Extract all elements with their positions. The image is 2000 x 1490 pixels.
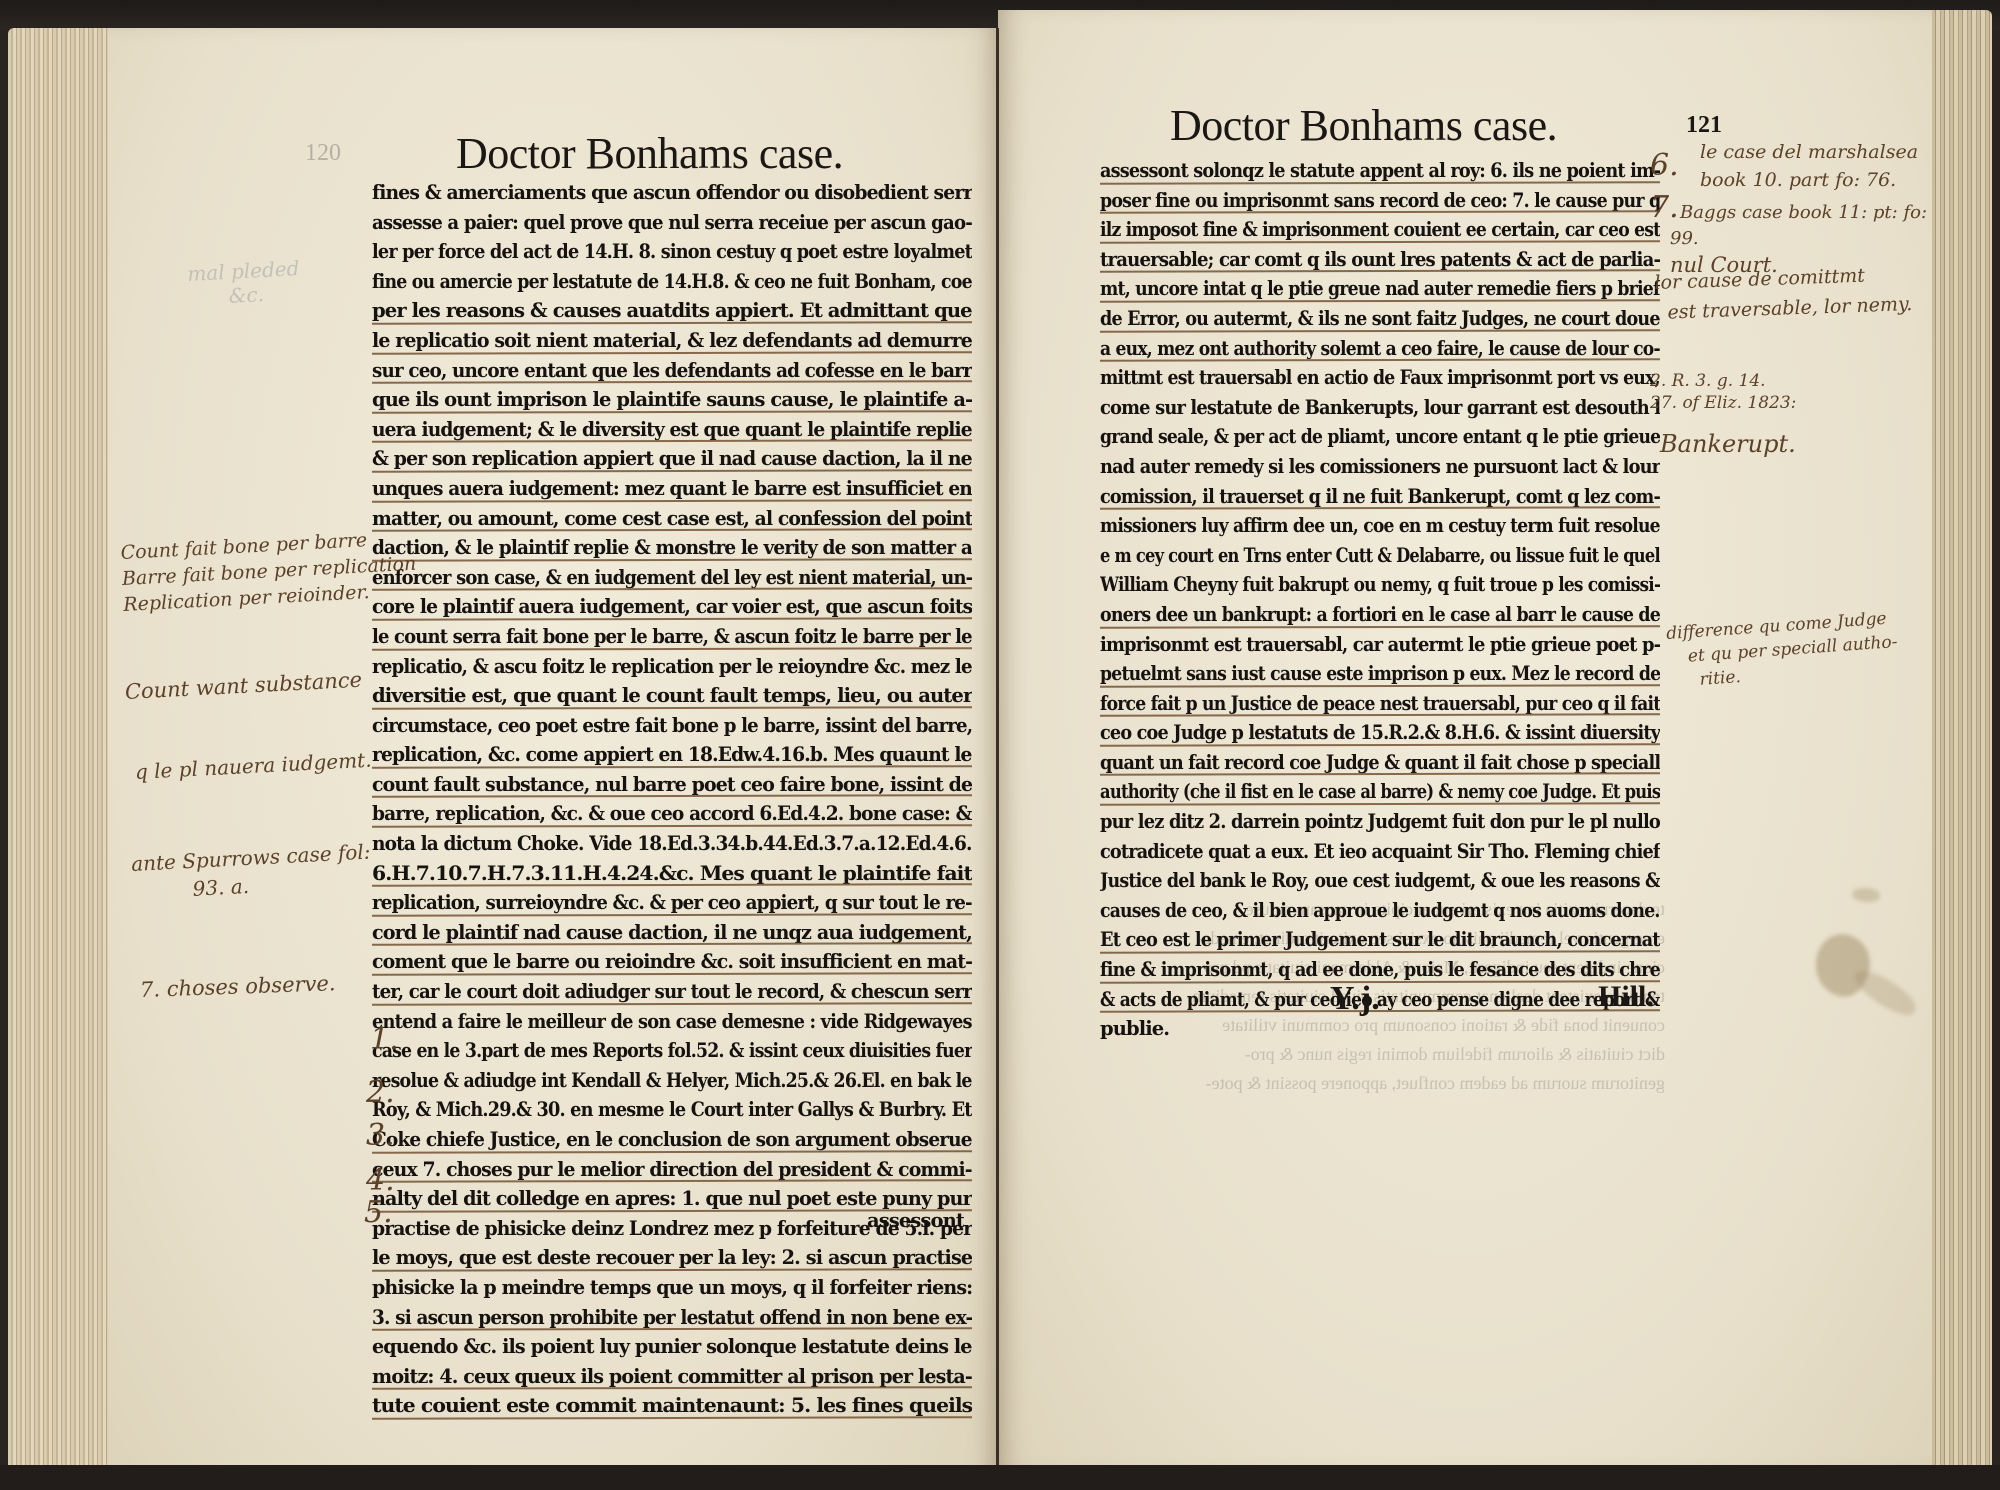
- text-line: & acts de pliamt, & pur ceo ieo ay ceo p…: [1100, 985, 1660, 1015]
- text-line: que ils ount imprison le plaintife sauns…: [372, 385, 972, 415]
- binding-bottom: [0, 1465, 2000, 1490]
- text-line: quant un fait record coe Judge & quant i…: [1100, 748, 1660, 778]
- margin-note-court-fait-bone: Count fait bone per barre Barre fait bon…: [120, 525, 418, 618]
- text-line: daction, & le plaintif replie & monstre …: [372, 533, 972, 563]
- margin-numeral-6: 6.: [1650, 148, 1679, 183]
- text-line: assessont solonqz le statute appent al r…: [1100, 156, 1660, 186]
- text-line: nota la dictum Choke. Vide 18.Ed.3.34.b.…: [372, 829, 972, 859]
- text-line: diversitie est, que quant le count fault…: [372, 681, 972, 711]
- text-line: force fait p un Justice de peace nest tr…: [1100, 689, 1660, 719]
- right-running-head: Doctor Bonhams case.: [1170, 100, 1557, 151]
- text-line: cord le plaintif nad cause daction, il n…: [372, 918, 972, 948]
- margin-numeral-3: 3.: [366, 1118, 395, 1153]
- text-line: core le plaintif auera iudgement, car vo…: [372, 592, 972, 622]
- margin-note-marshalsea: le case del marshalsea book 10. part fo:…: [1700, 138, 1918, 194]
- text-line: come sur lestatute de Bankerupts, lour g…: [1100, 393, 1660, 423]
- gutter: [996, 28, 999, 1478]
- text-line: resolue & adiudge int Kendall & Helyer, …: [372, 1066, 972, 1096]
- stain: [1852, 888, 1880, 902]
- text-line: entend a faire le meilleur de son case d…: [372, 1007, 972, 1037]
- text-line: enforcer son case, & en iudgement del le…: [372, 563, 972, 593]
- margin-note-lor-cause: lor cause de comittmt est traversable, l…: [1654, 259, 1913, 328]
- text-line: causes de ceo, & il bien approue le iudg…: [1100, 896, 1660, 926]
- text-line: count fault substance, nul barre poet ce…: [372, 770, 972, 800]
- text-line: fine ou amercie per lestatute de 14.H.8.…: [372, 267, 972, 297]
- text-line: per les reasons & causes auatdits appier…: [372, 296, 972, 326]
- margin-numeral-5: 5.: [364, 1195, 393, 1230]
- text-line: le moys, que est deste recouer per la le…: [372, 1243, 972, 1273]
- text-line: nad auter remedy si les comissioners ne …: [1100, 452, 1660, 482]
- text-line: mt, uncore intat q le ptie greue nad aut…: [1100, 274, 1660, 304]
- text-line: replication, surreioyndre &c. & per ceo …: [372, 888, 972, 918]
- text-line: 3. si ascun person prohibite per lestatu…: [372, 1303, 972, 1333]
- margin-note-statute-ref: 2. R. 3. g. 14. 27. of Eliz. 1823:: [1650, 370, 1796, 414]
- margin-numeral-4: 4.: [366, 1163, 395, 1198]
- text-line: mittmt est trauersabl en actio de Faux i…: [1100, 363, 1660, 393]
- text-line: imprisonmt est trauersabl, car autermt l…: [1100, 630, 1660, 660]
- text-line: sur ceo, uncore entant que les defendant…: [372, 356, 972, 386]
- text-line: petuelmt sans iust cause este imprison p…: [1100, 659, 1660, 689]
- catchword-hill: Hill.: [1598, 980, 1654, 1014]
- text-line: assesse a paier: quel prove que nul serr…: [372, 208, 972, 238]
- text-line: pur lez ditz 2. darrein pointz Judgemt f…: [1100, 807, 1660, 837]
- text-line: fines & amerciaments que ascun offendor …: [372, 178, 972, 208]
- text-line: matter, ou amount, come cest case est, a…: [372, 504, 972, 534]
- text-line: oners dee un bankrupt: a fortiori en le …: [1100, 600, 1660, 630]
- text-line: unques auera iudgement: mez quant le bar…: [372, 474, 972, 504]
- left-ghost-note: mal pleded &c.: [187, 256, 301, 310]
- text-line: e m cey court en Trns enter Cutt & Delab…: [1100, 541, 1660, 571]
- text-line: le count serra fait bone per le barre, &…: [372, 622, 972, 652]
- text-line: coment que le barre ou reioindre &c. soi…: [372, 947, 972, 977]
- text-line: ceo coe Judge p lestatuts de 15.R.2.& 8.…: [1100, 718, 1660, 748]
- text-line: Et ceo est le primer Judgement sur le di…: [1100, 925, 1660, 955]
- text-line: cotradicete quat a eux. Et ieo acquaint …: [1100, 837, 1660, 867]
- right-page-text: assessont solonqz le statute appent al r…: [1100, 156, 1660, 1044]
- text-line: grand seale, & per act de pliamt, uncore…: [1100, 422, 1660, 452]
- margin-numeral-1: 1.: [370, 1022, 399, 1057]
- text-line: ter, car le court doit adiudger sur tout…: [372, 977, 972, 1007]
- text-line: ceux 7. choses pur le melior direction d…: [372, 1155, 972, 1185]
- text-line: phisicke la p meindre temps que un moys,…: [372, 1273, 972, 1303]
- text-line: Roy, & Mich.29.& 30. en mesme le Court i…: [372, 1095, 972, 1125]
- text-line: uera iudgement; & le diversity est que q…: [372, 415, 972, 445]
- text-line: circumstace, ceo poet estre fait bone p …: [372, 711, 972, 741]
- text-line: tute couient este commit maintenaunt: 5.…: [372, 1391, 972, 1421]
- text-line: publie.: [1100, 1014, 1660, 1044]
- text-line: trauersable; car comt q ils ount lres pa…: [1100, 245, 1660, 275]
- text-line: & per son replication appiert que il nad…: [372, 444, 972, 474]
- text-line: ler per force del act de 14.H. 8. sinon …: [372, 237, 972, 267]
- show-through-line: dict ciuitatis & aliorum fidelium domini…: [1105, 1040, 1665, 1069]
- fore-edge-right: [1932, 10, 1992, 1472]
- text-line: fine & imprisonmt, q ad ee done, puis le…: [1100, 955, 1660, 985]
- text-line: authority (che il fist en le case al bar…: [1100, 777, 1660, 807]
- margin-numeral-2: 2.: [366, 1075, 395, 1110]
- text-line: comission, il trauerset q il ne fuit Ban…: [1100, 482, 1660, 512]
- signature-mark: Y.j.: [1330, 980, 1380, 1018]
- text-line: poser fine ou imprisonmt sans record de …: [1100, 186, 1660, 216]
- text-line: le replicatio soit nient material, & lez…: [372, 326, 972, 356]
- show-through-line: genitorum suorum ad eadem confluet, appo…: [1105, 1069, 1665, 1098]
- text-line: replicatio, & ascu foitz le replication …: [372, 652, 972, 682]
- text-line: moitz: 4. ceux queux ils poient committe…: [372, 1362, 972, 1392]
- left-catchword: assessont: [372, 1206, 964, 1236]
- right-folio: 121: [1686, 112, 1722, 139]
- left-running-head: Doctor Bonhams case.: [456, 128, 843, 179]
- text-line: Justice del bank le Roy, oue cest iudgem…: [1100, 866, 1660, 896]
- text-line: William Cheyny fuit bakrupt ou nemy, q f…: [1100, 570, 1660, 600]
- text-line: 6.H.7.10.7.H.7.3.11.H.4.24.&c. Mes quant…: [372, 859, 972, 889]
- text-line: barre, replication, &c. & oue ceo accord…: [372, 799, 972, 829]
- text-line: a eux, mez ont authority solemt a ceo fa…: [1100, 334, 1660, 364]
- text-line: Coke chiefe Justice, en le conclusion de…: [372, 1125, 972, 1155]
- text-line: de Error, ou autermt, & ils ne sont fait…: [1100, 304, 1660, 334]
- text-line: replication, &c. come appiert en 18.Edw.…: [372, 740, 972, 770]
- margin-note-bankrupt: Bankerupt.: [1660, 430, 1796, 458]
- text-line: missioners luy affirm dee un, coe en m c…: [1100, 511, 1660, 541]
- text-line: ilz imposot fine & imprisonment couient …: [1100, 215, 1660, 245]
- text-line: case en le 3.part de mes Reports fol.52.…: [372, 1036, 972, 1066]
- text-line: equendo &c. ils poient luy punier solonq…: [372, 1332, 972, 1362]
- left-folio-ghost: 120: [305, 140, 341, 167]
